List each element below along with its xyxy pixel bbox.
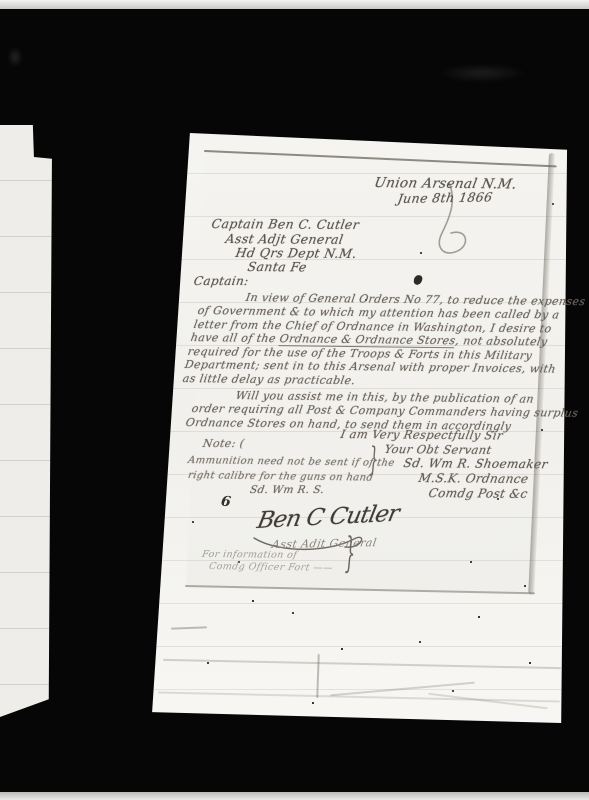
note-signed: Sd. Wm R. S.	[249, 484, 325, 496]
signature-command: Comdg Post &c	[427, 486, 529, 501]
routing-note-line: For information of	[201, 549, 298, 561]
note-label: Note: (	[202, 437, 246, 450]
salutation: Captain:	[193, 274, 250, 288]
signature-rank: M.S.K. Ordnance	[417, 471, 529, 486]
routing-brace: }	[345, 527, 356, 577]
signature-shoemaker: Sd. Wm R. Shoemaker	[402, 456, 549, 471]
bottom-white-strip	[0, 792, 589, 800]
line-segment: , not absolutely	[454, 334, 548, 348]
closing-servant: Your Obt Servant	[383, 442, 493, 457]
routing-note-line: Comdg Officer Fort ——	[208, 561, 334, 574]
film-smudge-top-left	[8, 47, 22, 67]
dust-specks	[0, 0, 2, 2]
film-smudge-top-right	[438, 64, 526, 82]
handwritten-line: as little delay as practicable.	[182, 372, 357, 387]
recipient-name: Captain Ben C. Cutler	[211, 216, 361, 232]
recipient-location: Santa Fe	[247, 259, 309, 274]
page-number-mark: 6	[220, 493, 232, 510]
line-segment: have all of the	[190, 331, 281, 345]
letter-date-line: June 8th 1866	[397, 189, 494, 206]
left-paper-rule-lines	[0, 125, 53, 717]
closing-respectfully: I am Very Respectfully Sir	[339, 427, 504, 442]
note-brace: }	[369, 439, 379, 479]
top-white-strip	[0, 0, 589, 9]
scanned-letter-photo: Union Arsenal N.M. June 8th 1866 Captain…	[0, 0, 589, 800]
